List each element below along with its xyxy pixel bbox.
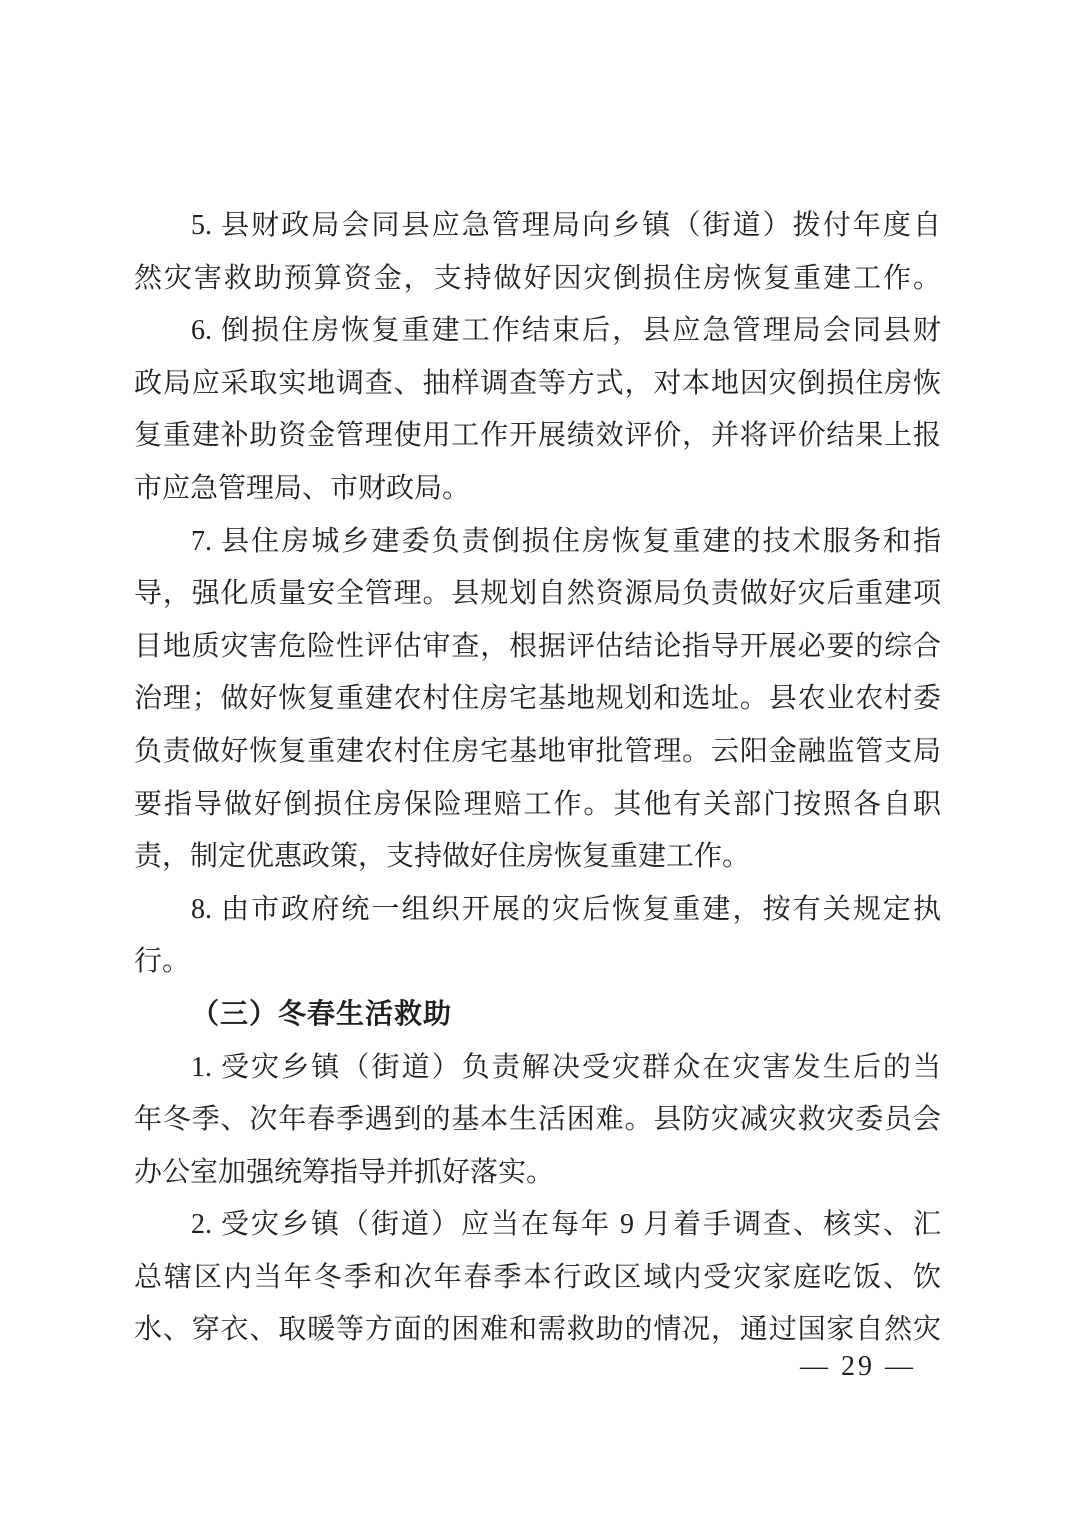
text-line: 6. 倒损住房恢复重建工作结束后，县应急管理局会同县财 bbox=[134, 305, 941, 358]
page-number: — 29 — bbox=[800, 1348, 916, 1386]
text-line: 要指导做好倒损住房保险理赔工作。其他有关部门按照各自职 bbox=[134, 779, 941, 832]
text-line: 行。 bbox=[134, 936, 941, 989]
text-line: 1. 受灾乡镇（街道）负责解决受灾群众在灾害发生后的当 bbox=[134, 1042, 941, 1095]
text-line: 2. 受灾乡镇（街道）应当在每年 9 月着手调查、核实、汇 bbox=[134, 1199, 941, 1252]
text-line: 复重建补助资金管理使用工作开展绩效评价，并将评价结果上报 bbox=[134, 410, 941, 463]
text-line: 负责做好恢复重建农村住房宅基地审批管理。云阳金融监管支局 bbox=[134, 726, 941, 779]
text-line: 5. 县财政局会同县应急管理局向乡镇（街道）拨付年度自 bbox=[134, 200, 941, 253]
text-line: 导，强化质量安全管理。县规划自然资源局负责做好灾后重建项 bbox=[134, 568, 941, 621]
text-line: 然灾害救助预算资金，支持做好因灾倒损住房恢复重建工作。 bbox=[134, 253, 941, 306]
text-line: 目地质灾害危险性评估审查，根据评估结论指导开展必要的综合 bbox=[134, 621, 941, 674]
document-page: 5. 县财政局会同县应急管理局向乡镇（街道）拨付年度自然灾害救助预算资金，支持做… bbox=[0, 0, 1074, 1520]
text-line: 市应急管理局、市财政局。 bbox=[134, 463, 941, 516]
text-line: 年冬季、次年春季遇到的基本生活困难。县防灾减灾救灾委员会 bbox=[134, 1094, 941, 1147]
text-line: 责，制定优惠政策，支持做好住房恢复重建工作。 bbox=[134, 831, 941, 884]
text-line: 政局应采取实地调查、抽样调查等方式，对本地因灾倒损住房恢 bbox=[134, 358, 941, 411]
text-line: 治理；做好恢复重建农村住房宅基地规划和选址。县农业农村委 bbox=[134, 673, 941, 726]
section-heading: （三）冬春生活救助 bbox=[134, 989, 941, 1042]
text-line: 办公室加强统筹指导并抓好落实。 bbox=[134, 1147, 941, 1200]
text-line: 7. 县住房城乡建委负责倒损住房恢复重建的技术服务和指 bbox=[134, 516, 941, 569]
text-block: 5. 县财政局会同县应急管理局向乡镇（街道）拨付年度自然灾害救助预算资金，支持做… bbox=[134, 200, 941, 1357]
text-line: 8. 由市政府统一组织开展的灾后恢复重建，按有关规定执 bbox=[134, 884, 941, 937]
text-line: 总辖区内当年冬季和次年春季本行政区域内受灾家庭吃饭、饮 bbox=[134, 1252, 941, 1305]
